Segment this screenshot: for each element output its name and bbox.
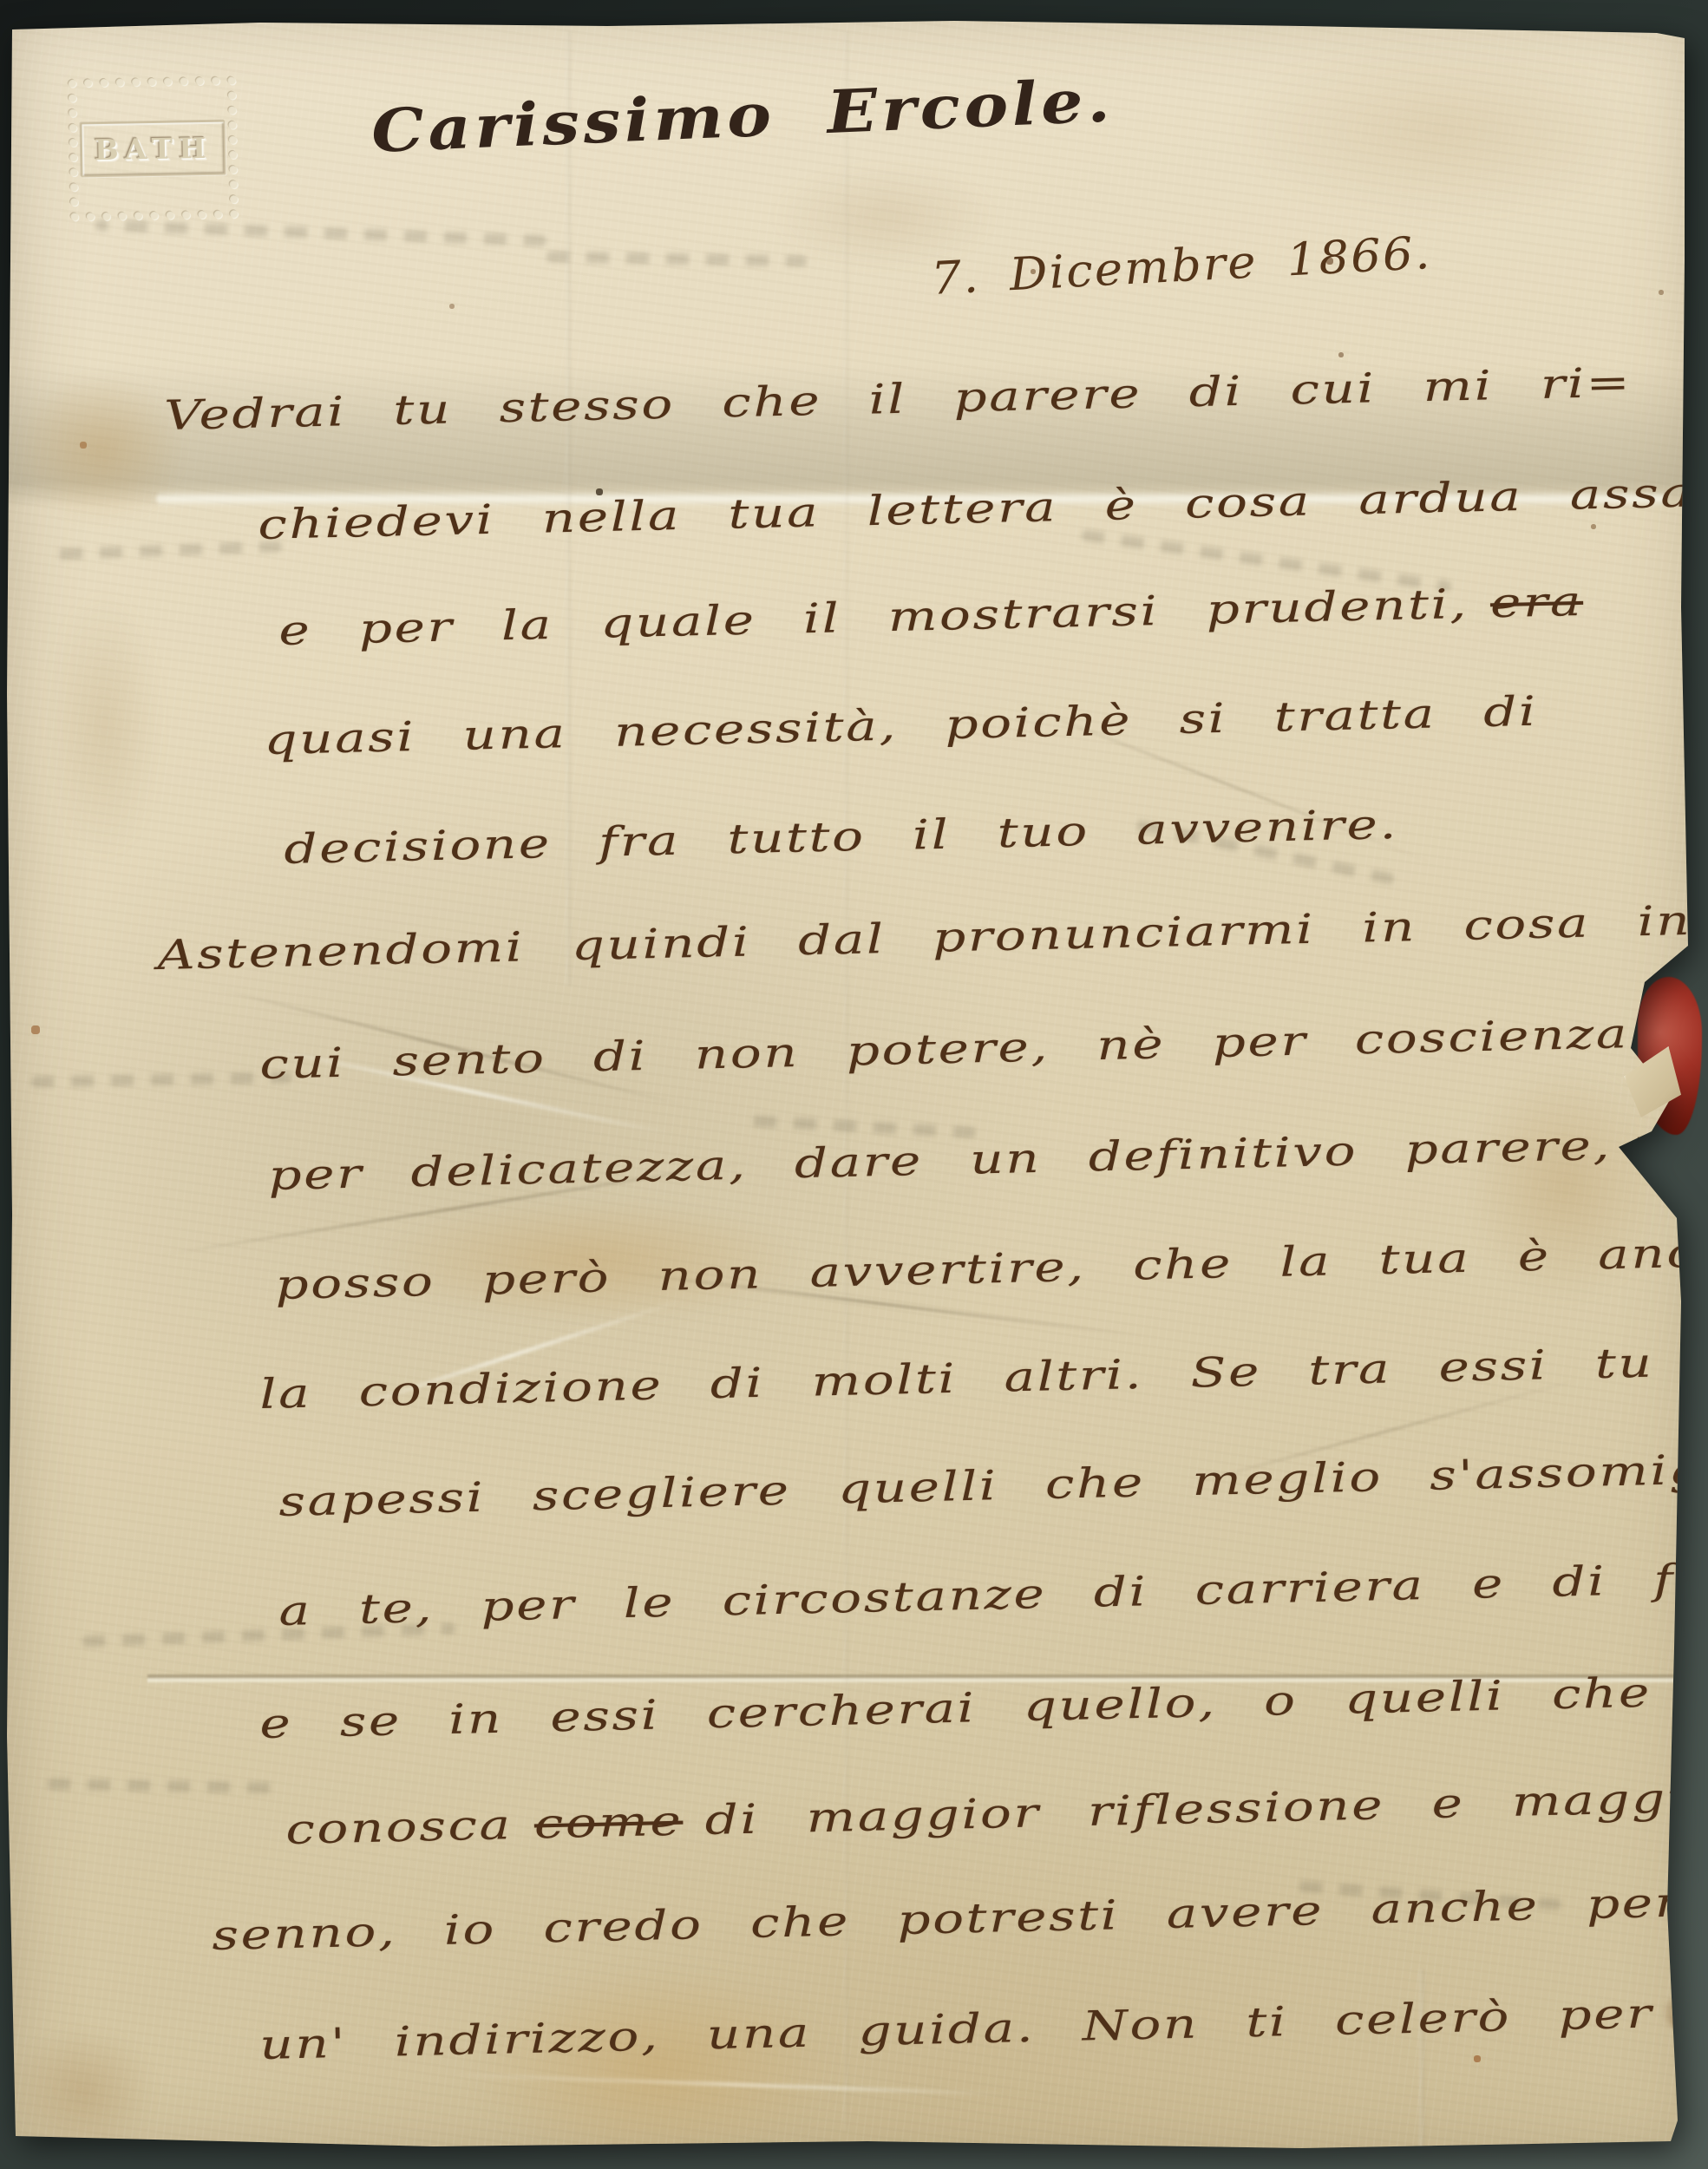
stain-left-mid bbox=[48, 590, 160, 859]
paper-texture bbox=[0, 0, 1708, 2169]
letter-photograph: BATH Carissimo Ercole. 7. Dicembre 1866.… bbox=[0, 0, 1708, 2169]
smudged-word: altro bbox=[1675, 1986, 1708, 2037]
stain-bottom-center bbox=[468, 1965, 841, 2169]
vertical-crease-left bbox=[566, 31, 571, 986]
letter-line-12: a te, per le circostanze di carriera e d… bbox=[278, 1551, 1708, 1635]
stain-bottom-left bbox=[9, 2026, 156, 2156]
line-text: per delicatezza, dare un definitivo pare… bbox=[268, 1122, 1613, 1200]
letter-line-11: sapessi scegliere quelli che meglio s'as… bbox=[278, 1444, 1708, 1526]
dateline: 7. Dicembre 1866. bbox=[930, 227, 1433, 305]
line-text: Vedrai tu stesso che il parere di cui mi… bbox=[164, 359, 1633, 440]
paper-sheet: BATH Carissimo Ercole. 7. Dicembre 1866.… bbox=[0, 0, 1708, 2169]
line-text: senno, io credo che potresti avere anche… bbox=[212, 1877, 1708, 1960]
line-text: conosca bbox=[285, 1801, 513, 1854]
letter-line-10: la condizione di molti altri. Se tra ess… bbox=[259, 1340, 1654, 1419]
line-text: a te, per le circostanze di carriera e d… bbox=[278, 1551, 1708, 1635]
struck-word: come bbox=[533, 1798, 684, 1849]
stain-left-edge bbox=[14, 373, 187, 525]
stain-top-right bbox=[1232, 43, 1648, 217]
line-text: e per la quale il mostrarsi prudenti, bbox=[278, 580, 1469, 655]
letter-line-7: cui sento di non potere, nè per coscienz… bbox=[259, 1006, 1708, 1089]
line-text: Astenendomi quindi dal pronunciarmi in c… bbox=[157, 897, 1692, 980]
letter-line-5: decisione fra tutto il tuo avvenire. bbox=[284, 801, 1399, 874]
line-text: la condizione di molti altri. Se tra ess… bbox=[259, 1340, 1654, 1419]
line-text: quasi una necessità, poichè si tratta di bbox=[264, 688, 1538, 764]
bleedthrough-scribble bbox=[1081, 529, 1452, 593]
bleedthrough-scribble bbox=[82, 1623, 455, 1648]
line-text: e se in essi cercherai quello, o quelli … bbox=[259, 1667, 1708, 1748]
letter-line-9: posso però non avvertire, che la tua è a… bbox=[275, 1228, 1708, 1309]
letter-line-16: un' indirizzo, una guida. Non ti celerò … bbox=[259, 1986, 1708, 2069]
embossed-stamp-text: BATH bbox=[94, 131, 212, 167]
ink-specks bbox=[0, 0, 2, 2]
line-text: chiedevi nella tua lettera è cosa ardua … bbox=[258, 468, 1708, 549]
bleedthrough-scribble bbox=[48, 1779, 273, 1794]
letter-line-4: quasi una necessità, poichè si tratta di bbox=[264, 688, 1538, 764]
bleedthrough-scribble bbox=[1129, 818, 1395, 885]
line-text: decisione fra tutto il tuo avvenire. bbox=[284, 801, 1399, 874]
wrinkle-2 bbox=[160, 1158, 760, 1256]
bleedthrough-scribble bbox=[95, 220, 546, 246]
letter-line-15: senno, io credo che potresti avere anche… bbox=[212, 1877, 1708, 1960]
letter-line-8: per delicatezza, dare un definitivo pare… bbox=[268, 1119, 1708, 1200]
line-text: di maggior riflessione e maggior bbox=[704, 1773, 1708, 1845]
embossed-paper-stamp: BATH bbox=[69, 76, 239, 220]
letter-line-3: e per la quale il mostrarsi prudenti,era bbox=[278, 578, 1584, 655]
salutation: Carissimo Ercole. bbox=[370, 66, 1116, 167]
vertical-crease-center bbox=[843, 31, 848, 2131]
fold-shadow-band bbox=[9, 364, 1700, 508]
letter-line-13: e se in essi cercherai quello, o quelli … bbox=[259, 1667, 1708, 1748]
bleedthrough-scribble bbox=[742, 1115, 976, 1138]
wrinkle-highlight-1 bbox=[265, 1045, 673, 1137]
wrinkle-1 bbox=[215, 986, 687, 1107]
paper-wrapper: BATH Carissimo Ercole. 7. Dicembre 1866.… bbox=[0, 0, 1708, 2169]
line-text: un' indirizzo, una guida. Non ti celerò … bbox=[259, 1990, 1654, 2069]
struck-word: non bbox=[1633, 1119, 1708, 1170]
vertical-crease-bottom-right bbox=[1419, 1969, 1424, 2152]
stain-top-center bbox=[772, 165, 998, 269]
bleedthrough-scribble bbox=[48, 541, 282, 560]
wrinkle-highlight-3 bbox=[451, 2073, 1006, 2096]
wrinkle-4 bbox=[1012, 700, 1435, 865]
embossed-stamp-frame: BATH bbox=[80, 121, 226, 178]
letter-line-6: Astenendomi quindi dal pronunciarmi in c… bbox=[157, 897, 1692, 980]
line-text: cui sento di non potere, nè per coscienz… bbox=[259, 1006, 1708, 1089]
bleedthrough-scribble bbox=[1292, 1880, 1561, 1910]
bleedthrough-scribble bbox=[546, 251, 807, 266]
bleedthrough-scribble bbox=[31, 1071, 291, 1087]
letter-line-1: Vedrai tu stesso che il parere di cui mi… bbox=[164, 359, 1633, 440]
wrinkle-5 bbox=[1178, 1378, 1581, 1489]
letter-line-2: chiedevi nella tua lettera è cosa ardua … bbox=[258, 468, 1708, 549]
struck-word: era bbox=[1489, 578, 1583, 627]
line-text: sapessi scegliere quelli che meglio s'as… bbox=[278, 1444, 1708, 1526]
fold-highlight-top bbox=[156, 491, 1665, 507]
line-text: posso però non avvertire, che la tua è a… bbox=[275, 1228, 1708, 1309]
wrinkle-3 bbox=[609, 1268, 1143, 1338]
letter-line-14: conoscacomedi maggior riflessione e magg… bbox=[285, 1773, 1708, 1854]
stain-center-left bbox=[373, 1197, 807, 1323]
fold-line-lower bbox=[147, 1674, 1674, 1683]
wrinkle-highlight-2 bbox=[338, 1297, 686, 1414]
